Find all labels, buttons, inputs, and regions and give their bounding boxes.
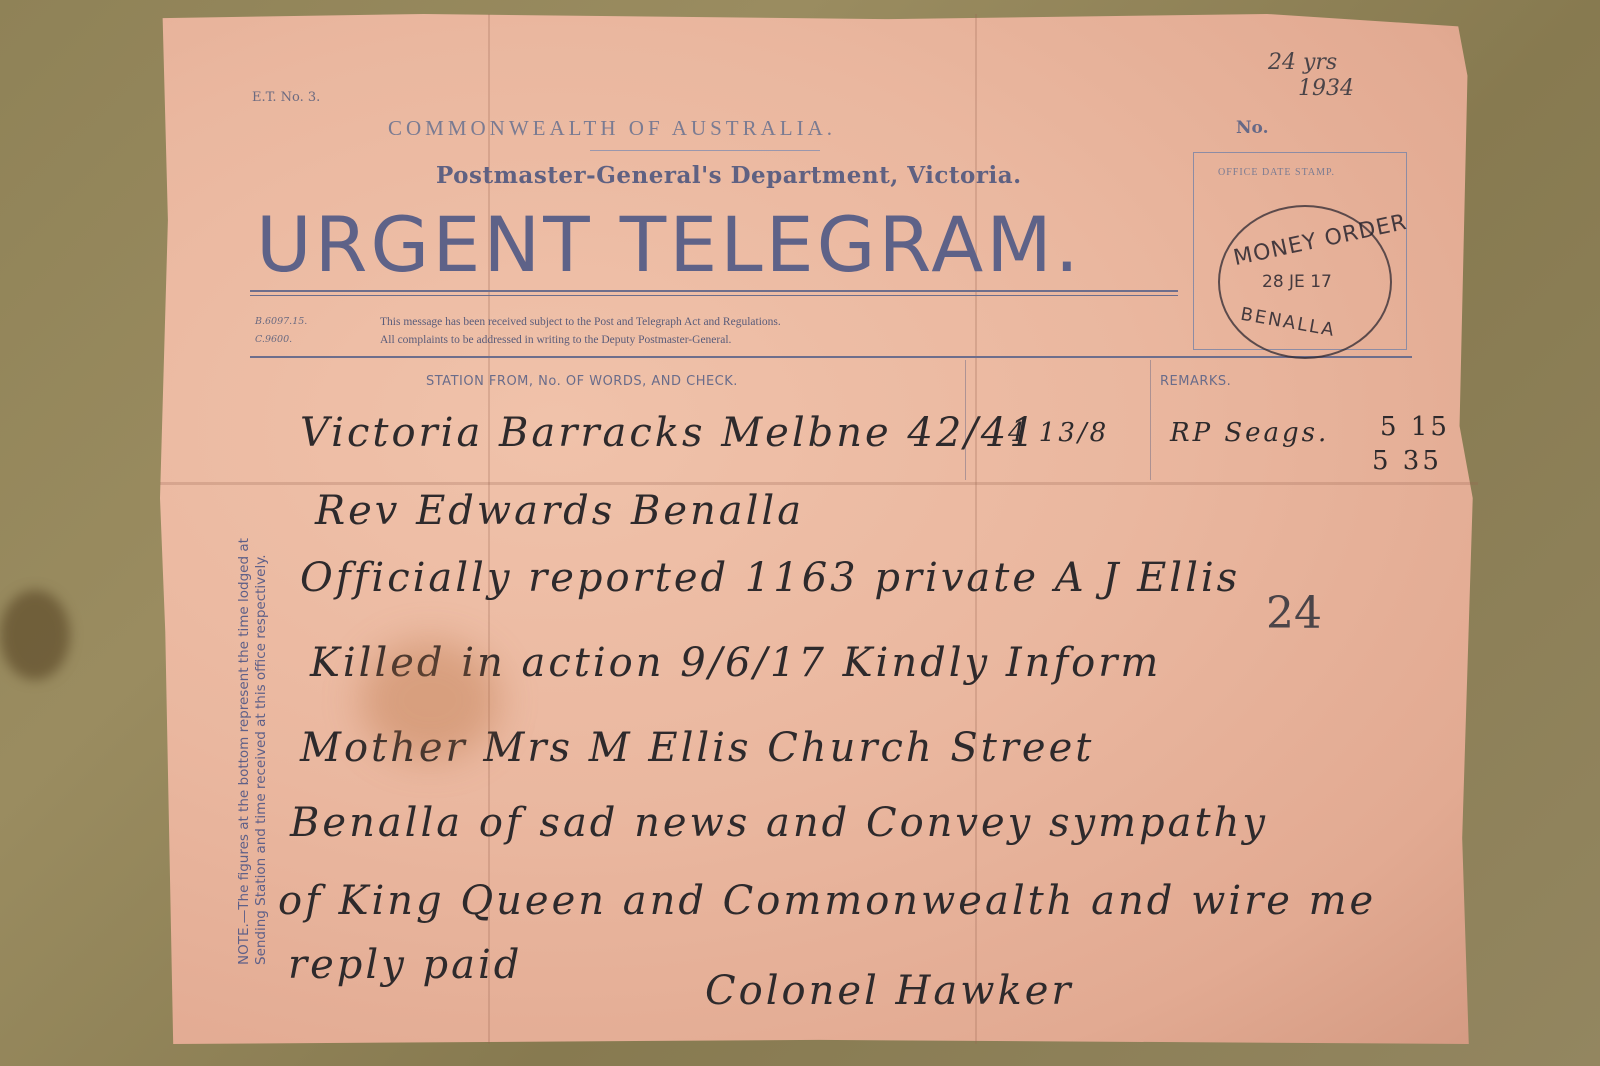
print-code: B.6097.15. <box>255 316 307 327</box>
handwritten-words: 4 13/8 <box>1008 418 1109 448</box>
office-date-stamp-label: OFFICE DATE STAMP. <box>1218 167 1335 178</box>
column-header-remarks: REMARKS. <box>1160 374 1231 389</box>
heading-commonwealth: COMMONWEALTH OF AUSTRALIA. <box>388 116 836 141</box>
postmark-date: 28 JE 17 <box>1262 272 1332 292</box>
handwritten-addressee: Rev Edwards Benalla <box>315 488 804 534</box>
print-code: C.9600. <box>255 334 292 345</box>
column-header-station: STATION FROM, No. OF WORDS, AND CHECK. <box>426 374 738 389</box>
divider <box>250 290 1178 292</box>
annotation-years: 24 yrs <box>1268 50 1337 75</box>
side-note-line: Sending Station and time received at thi… <box>253 365 270 965</box>
side-note-line: NOTE.—The figures at the bottom represen… <box>236 365 253 965</box>
message-line: Officially reported 1163 private A J Ell… <box>300 555 1240 601</box>
signature: Colonel Hawker <box>705 968 1074 1014</box>
annotation-number: 24 <box>1266 588 1322 639</box>
time-received: 5 35 <box>1372 446 1442 476</box>
divider <box>250 295 1178 296</box>
stain-mark <box>0 590 70 680</box>
page-title: URGENT TELEGRAM. <box>256 200 1082 289</box>
fold-line <box>160 482 1478 485</box>
divider <box>590 150 820 151</box>
message-line: Benalla of sad news and Convey sympathy <box>290 800 1268 846</box>
time-lodged: 5 15 <box>1380 412 1450 442</box>
handwritten-remarks: RP Seags. <box>1170 418 1329 448</box>
side-note: NOTE.—The figures at the bottom represen… <box>236 365 270 965</box>
message-line: of King Queen and Commonwealth and wire … <box>278 878 1376 924</box>
number-label: No. <box>1236 118 1269 138</box>
handwritten-station: Victoria Barracks Melbne 42/41 <box>300 410 1038 456</box>
form-number: E.T. No. 3. <box>252 90 320 105</box>
department-title: Postmaster-General's Department, Victori… <box>436 162 1022 189</box>
divider <box>250 356 1412 358</box>
regulation-line: This message has been received subject t… <box>380 316 781 328</box>
annotation-year: 1934 <box>1298 76 1354 101</box>
regulation-line: All complaints to be addressed in writin… <box>380 334 731 346</box>
message-line: reply paid <box>288 942 522 988</box>
stain-mark <box>360 640 500 760</box>
column-divider <box>1150 360 1151 480</box>
